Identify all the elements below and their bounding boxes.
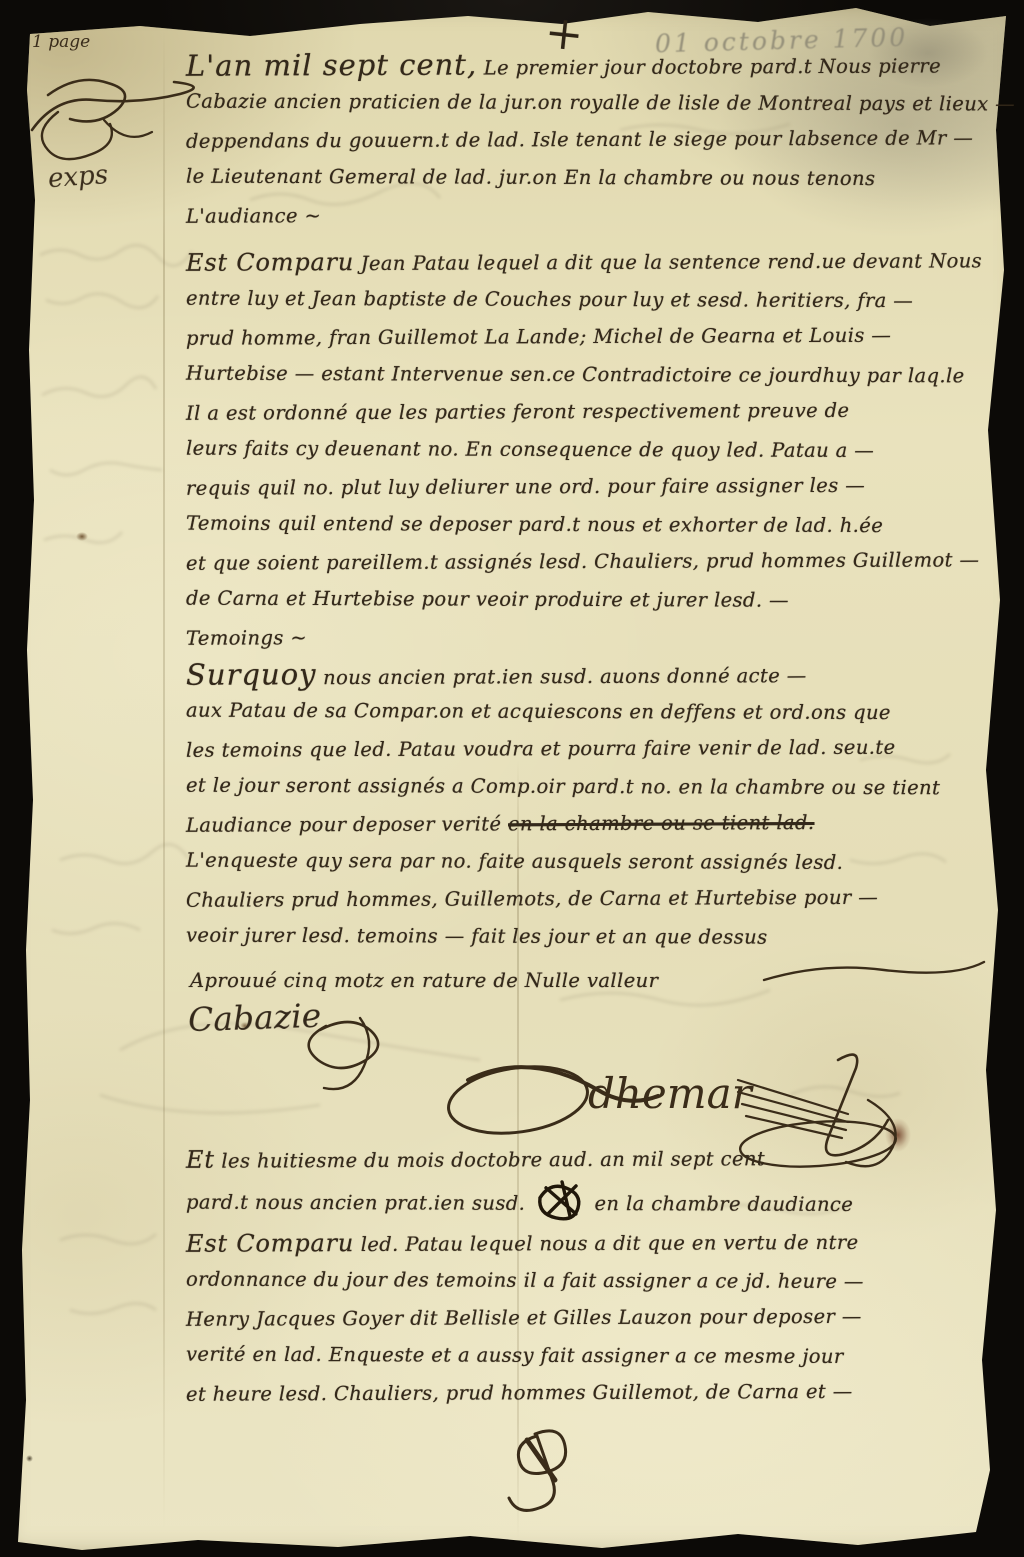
struck-out-text: en la chambre ou se tient lad. (508, 811, 815, 835)
opening-words: Est Comparu (186, 1229, 354, 1258)
opening-words: Est Comparu (186, 248, 354, 277)
paragraph-opening: L'an mil sept cent, Le premier jour doct… (186, 46, 986, 234)
margin-paraph-flourish (18, 60, 188, 160)
scanned-manuscript-page: { "annotations": { "page_note": "1 page"… (0, 0, 1024, 1557)
manuscript-line: les temoins que led. Patau voudra et pou… (186, 728, 986, 769)
manuscript-line: L'audiance ~ (186, 194, 986, 235)
manuscript-line: Temoins quil entend se deposer pard.t no… (186, 504, 986, 544)
manuscript-line: et que soient pareillem.t assignés lesd.… (186, 541, 986, 582)
page-count-note: 1 page (32, 32, 90, 52)
manuscript-line: Il a est ordonné que les parties feront … (186, 391, 986, 432)
manuscript-line: Est Comparu Jean Patau lequel a dit que … (186, 241, 986, 282)
paragraph-witnesses-assigned: Est Comparu led. Patau lequel nous a dit… (186, 1224, 986, 1412)
manuscript-line: L'enqueste quy sera par no. faite ausque… (186, 841, 986, 881)
approval-line-flourish (760, 958, 990, 988)
manuscript-line: et le jour seront assignés a Comp.oir pa… (186, 766, 986, 806)
paragraph-second-session: Et les huitiesme du mois doctobre aud. a… (186, 1140, 986, 1215)
manuscript-line: aux Patau de sa Compar.on et acquiescons… (186, 691, 986, 731)
manuscript-line: le Lieutenant Gemeral de lad. jur.on En … (186, 157, 986, 197)
manuscript-line: Et les huitiesme du mois doctobre aud. a… (186, 1138, 986, 1179)
manuscript-line: Chauliers prud hommes, Guillemots, de Ca… (186, 878, 986, 919)
manuscript-line: pard.t nous ancien prat.ien susd. en la … (186, 1176, 986, 1216)
manuscript-line: entre luy et Jean baptiste de Couches po… (186, 279, 986, 319)
ink-blot (532, 1177, 588, 1211)
manuscript-line: Temoings ~ (186, 616, 986, 657)
margin-expedition-note: exps (47, 160, 109, 194)
manuscript-line: verité en lad. Enqueste et a aussy fait … (186, 1335, 986, 1375)
cabazie-paraph (300, 1000, 440, 1090)
manuscript-line: Hurtebise — estant Intervenue sen.ce Con… (186, 354, 986, 394)
manuscript-line: leurs faits cy deuenant no. En consequen… (186, 429, 986, 469)
manuscript-line: L'an mil sept cent, Le premier jour doct… (186, 44, 986, 85)
manuscript-line: ordonnance du jour des temoins il a fait… (186, 1260, 986, 1300)
manuscript-line: deppendans du gouuern.t de lad. Isle ten… (186, 119, 986, 160)
manuscript-line: prud homme, fran Guillemot La Lande; Mic… (186, 316, 986, 357)
manuscript-line: Henry Jacques Goyer dit Bellisle et Gill… (186, 1297, 986, 1338)
manuscript-line: et heure lesd. Chauliers, prud hommes Gu… (186, 1372, 986, 1413)
manuscript-line: de Carna et Hurtebise pour veoir produir… (186, 579, 986, 619)
paragraph-surquoy: Surquoy nous ancien prat.ien susd. auons… (186, 655, 986, 955)
paragraph-comparution: Est Comparu Jean Patau lequel a dit que … (186, 243, 986, 656)
manuscript-line: Surquoy nous ancien prat.ien susd. auons… (186, 653, 986, 694)
opening-words: L'an mil sept cent, (186, 47, 477, 82)
adhemar-name: dhemar (588, 1069, 755, 1118)
opening-words: Et (186, 1146, 215, 1174)
manuscript-line: requis quil no. plut luy deliurer une or… (186, 466, 986, 507)
manuscript-line: Cabazie ancien praticien de la jur.on ro… (186, 82, 986, 122)
manuscript-line: veoir jurer lesd. temoins — fait les jou… (186, 916, 986, 956)
manuscript-line: Laudiance pour deposer verité en la cham… (186, 803, 986, 844)
manuscript-line: Est Comparu led. Patau lequel nous a dit… (186, 1222, 986, 1263)
bottom-paraph-flourish (505, 1420, 585, 1510)
opening-words: Surquoy (186, 657, 317, 692)
